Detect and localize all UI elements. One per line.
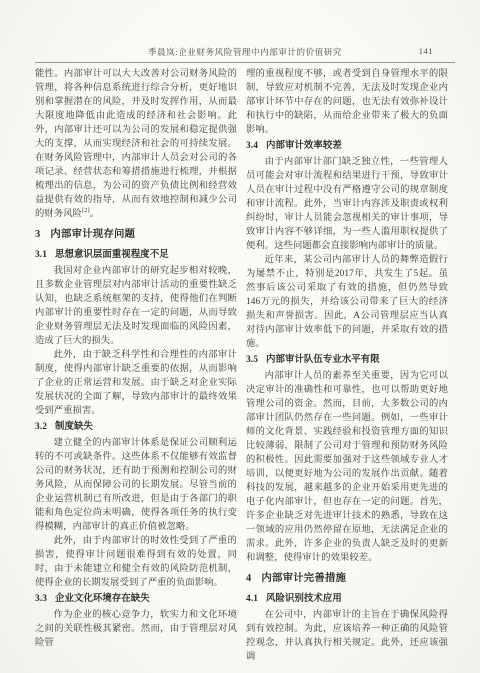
paragraph-tail: 。: [90, 209, 99, 219]
subsection-title: 企业文化环境存在缺失: [55, 594, 150, 604]
subsection-heading-3-5: 3.5内部审计队伍专业水平有限: [246, 353, 448, 367]
subsection-heading-3-2: 3.2制度缺失: [35, 420, 237, 434]
paragraph: 由于内部审计部门缺乏独立性，一些管理人员可能会对审计流程和结果进行干预，导致审计…: [246, 155, 448, 253]
text-columns: 能性。内部审计可以大大改善对公司财务风险的管理，将各种信息系统进行综合分析，更好…: [35, 67, 455, 664]
column-right: 理的重视程度不够，或者受到自身管理水平的限制，导致应对机制不完善，无法及时发现企…: [246, 67, 448, 664]
page-header: 季晨岚:企业财务风险管理中内部审计的价值研究 141: [35, 46, 455, 59]
subsection-number: 3.3: [35, 594, 47, 604]
paragraph: 我国对企业内部审计的研究起步相对较晚，且多数企业管理层对内部审计活动的重要性缺乏…: [35, 264, 237, 348]
subsection-heading-3-4: 3.4内部审计效率较差: [246, 139, 448, 153]
paragraph: 能性。内部审计可以大大改善对公司财务风险的管理，将各种信息系统进行综合分析，更好…: [35, 67, 237, 221]
section-title: 内部审计完善措施: [261, 573, 346, 584]
paper-page: 季晨岚:企业财务风险管理中内部审计的价值研究 141 能性。内部审计可以大大改善…: [0, 0, 480, 673]
page-number: 141: [419, 46, 433, 56]
section-heading-4: 4内部审计完善措施: [246, 572, 448, 586]
paragraph: 此外，由于内部审计的时效性受到了严重的损害，使得审计问题很难得到有效的处置，同时…: [35, 534, 237, 590]
subsection-number: 4.1: [246, 594, 258, 604]
column-left: 能性。内部审计可以大大改善对公司财务风险的管理，将各种信息系统进行综合分析，更好…: [35, 67, 237, 664]
subsection-heading-3-1: 3.1思想意识层面重视程度不足: [35, 248, 237, 262]
subsection-title: 思想意识层面重视程度不足: [55, 250, 169, 260]
paragraph: 近年来，某公司内部审计人员的舞弊造假行为屡禁不止，特别是2017年，共发生了5起…: [246, 253, 448, 351]
subsection-number: 3.2: [35, 422, 47, 432]
header-rule: [35, 62, 455, 63]
running-title: 季晨岚:企业财务风险管理中内部审计的价值研究: [35, 46, 455, 58]
paragraph: 内部审计人员的素养至关重要，因为它可以决定审计的准确性和可靠性，也可以帮助更好地…: [246, 369, 448, 565]
subsection-title: 风险识别技术应用: [266, 594, 342, 604]
subsection-number: 3.1: [35, 250, 47, 260]
subsection-title: 内部审计效率较差: [266, 141, 342, 151]
section-title: 内部审计现存问题: [50, 229, 135, 240]
paragraph: 建立健全的内部审计体系是保证公司顺利运转的不可或缺条件。这些体系不仅能够有效监督…: [35, 436, 237, 534]
subsection-number: 3.5: [246, 355, 258, 365]
section-number: 4: [246, 573, 251, 584]
paragraph: 此外，由于缺乏科学性和合理性的内部审计制度，使得内部审计缺乏重要的依据，从而影响…: [35, 348, 237, 418]
citation-superscript: [2]: [82, 207, 90, 214]
subsection-title: 制度缺失: [55, 422, 93, 432]
section-heading-3: 3内部审计现存问题: [35, 228, 237, 242]
section-number: 3: [35, 229, 40, 240]
paragraph: 在公司中，内部审计的主旨在于确保风险得到有效控制。为此，应该培养一种正确的风险管…: [246, 608, 448, 664]
paragraph: 理的重视程度不够，或者受到自身管理水平的限制，导致应对机制不完善，无法及时发现企…: [246, 67, 448, 137]
paragraph-text: 能性。内部审计可以大大改善对公司财务风险的管理，将各种信息系统进行综合分析，更好…: [35, 69, 237, 219]
subsection-heading-3-3: 3.3企业文化环境存在缺失: [35, 592, 237, 606]
subsection-heading-4-1: 4.1风险识别技术应用: [246, 592, 448, 606]
subsection-number: 3.4: [246, 141, 258, 151]
paragraph: 作为企业的核心竞争力，软实力和文化环境之间的关联性极其紧密。然而，由于管理层对风…: [35, 608, 237, 650]
subsection-title: 内部审计队伍专业水平有限: [266, 355, 380, 365]
